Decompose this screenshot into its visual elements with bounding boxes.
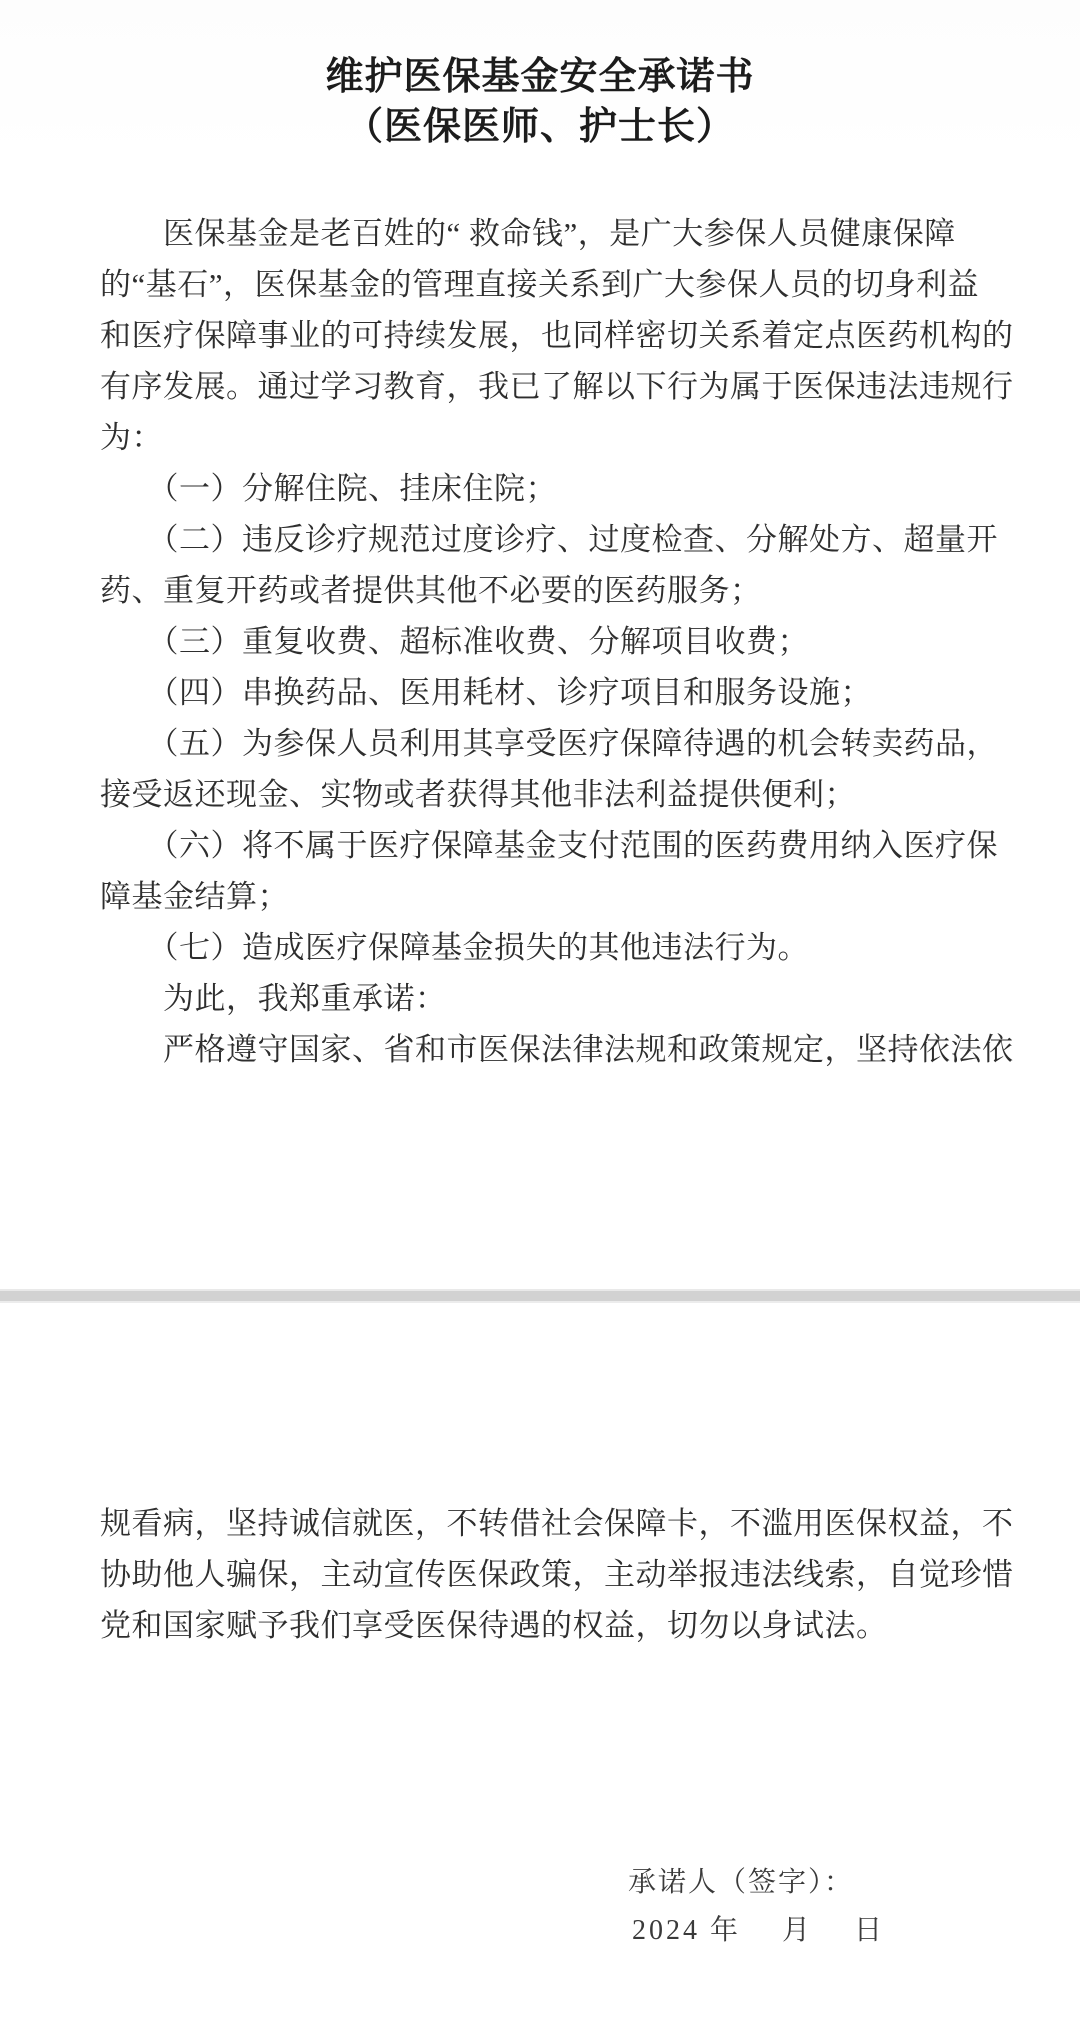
title-line-2: （医保医师、护士长） [0, 102, 1080, 152]
body-line: 为： [100, 412, 1000, 463]
document-page: 维护医保基金安全承诺书 （医保医师、护士长） 医保基金是老百姓的“ 救命钱”，是… [0, 0, 1080, 2038]
list-item-5: （五）为参保人员利用其享受医疗保障待遇的机会转卖药品， [100, 718, 1000, 769]
body-line: 党和国家赋予我们享受医保待遇的权益，切勿以身试法。 [100, 1600, 1000, 1651]
list-item-6-cont: 障基金结算； [100, 871, 1000, 922]
list-item-3: （三）重复收费、超标准收费、分解项目收费； [100, 616, 1000, 667]
page1-body-text: 医保基金是老百姓的“ 救命钱”，是广大参保人员健康保障 的“基石”，医保基金的管… [100, 208, 1000, 1075]
pledge-intro-line: 为此，我郑重承诺： [100, 973, 1000, 1024]
body-line: 的“基石”，医保基金的管理直接关系到广大参保人员的切身利益 [100, 259, 1000, 310]
body-line: 协助他人骗保，主动宣传医保政策，主动举报违法线索，自觉珍惜 [100, 1549, 1000, 1600]
list-item-7: （七）造成医疗保障基金损失的其他违法行为。 [100, 922, 1000, 973]
body-line: 有序发展。通过学习教育，我已了解以下行为属于医保违法违规行 [100, 361, 1000, 412]
list-item-4: （四）串换药品、医用耗材、诊疗项目和服务设施； [100, 667, 1000, 718]
pledge-body-line: 严格遵守国家、省和市医保法律法规和政策规定，坚持依法依 [100, 1024, 1000, 1075]
body-line: 医保基金是老百姓的“ 救命钱”，是广大参保人员健康保障 [100, 208, 1000, 259]
list-item-1: （一）分解住院、挂床住院； [100, 463, 1000, 514]
document-title: 维护医保基金安全承诺书 （医保医师、护士长） [0, 52, 1080, 152]
title-line-1: 维护医保基金安全承诺书 [0, 52, 1080, 102]
page-break-divider [0, 1289, 1080, 1303]
page2-body-text: 规看病，坚持诚信就医，不转借社会保障卡，不滥用医保权益，不 协助他人骗保，主动宣… [100, 1498, 1000, 1651]
list-item-5-cont: 接受返还现金、实物或者获得其他非法利益提供便利； [100, 769, 1000, 820]
body-line: 规看病，坚持诚信就医，不转借社会保障卡，不滥用医保权益，不 [100, 1498, 1000, 1549]
signature-date-line: 2024 年 月 日 [632, 1908, 885, 1948]
list-item-2-cont: 药、重复开药或者提供其他不必要的医药服务； [100, 565, 1000, 616]
signature-label: 承诺人（签字）： [628, 1860, 854, 1900]
body-line: 和医疗保障事业的可持续发展，也同样密切关系着定点医药机构的 [100, 310, 1000, 361]
list-item-2: （二）违反诊疗规范过度诊疗、过度检查、分解处方、超量开 [100, 514, 1000, 565]
list-item-6: （六）将不属于医疗保障基金支付范围的医药费用纳入医疗保 [100, 820, 1000, 871]
